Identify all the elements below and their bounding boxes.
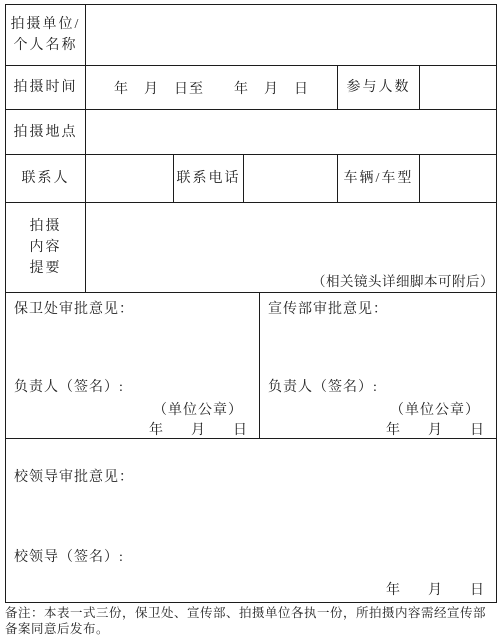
vehicle-value-cell	[420, 155, 496, 202]
filming-time-label: 拍摄时间	[6, 66, 86, 109]
filming-application-form-page: 拍摄单位/ 个人名称 拍摄时间 年 月 日至 年 月 日 参与人数 拍摄地点 联…	[0, 0, 504, 641]
row-contact: 联系人 联系电话 车辆/车型	[6, 155, 496, 203]
leader-approval-title: 校领导审批意见：	[14, 466, 134, 486]
publicity-seal-label: （单位公章）	[390, 399, 480, 419]
security-approval-title: 保卫处审批意见：	[14, 298, 134, 318]
participants-label: 参与人数	[338, 66, 420, 109]
content-summary-label-line2: 内容	[30, 237, 62, 258]
row-content-summary: 拍摄 内容 提要 （相关镜头详细脚本可附后）	[6, 203, 496, 293]
row-filming-location: 拍摄地点	[6, 110, 496, 155]
contact-phone-value-cell	[244, 155, 338, 202]
row-filming-time: 拍摄时间 年 月 日至 年 月 日 参与人数	[6, 66, 496, 110]
publicity-sign-label: 负责人（签名）:	[268, 376, 378, 396]
security-approval-cell: 保卫处审批意见： 负责人（签名）: （单位公章） 年 月 日	[6, 293, 260, 438]
content-summary-label-line3: 提要	[30, 258, 62, 279]
unit-name-label-line1: 拍摄单位/	[11, 14, 81, 35]
row-leader-approval: 校领导审批意见： 校领导（签名）: 年 月 日	[6, 439, 496, 602]
row-department-approvals: 保卫处审批意见： 负责人（签名）: （单位公章） 年 月 日 宣传部审批意见： …	[6, 293, 496, 439]
leader-date-label: 年 月 日	[386, 579, 484, 599]
leader-approval-cell: 校领导审批意见： 校领导（签名）: 年 月 日	[6, 439, 496, 602]
script-attachment-note: （相关镜头详细脚本可附后）	[312, 270, 494, 290]
row-unit-name: 拍摄单位/ 个人名称	[6, 5, 496, 66]
publicity-date-label: 年 月 日	[386, 419, 484, 439]
filming-location-value-cell	[86, 110, 496, 154]
leader-sign-label: 校领导（签名）:	[14, 546, 124, 566]
unit-name-label: 拍摄单位/ 个人名称	[6, 5, 86, 65]
content-summary-label: 拍摄 内容 提要	[6, 203, 86, 292]
form-footnote: 备注：本表一式三份，保卫处、宣传部、拍摄单位各执一份，所拍摄内容需经宣传部备案同…	[5, 605, 497, 637]
unit-name-value-cell	[86, 5, 496, 65]
publicity-approval-cell: 宣传部审批意见： 负责人（签名）: （单位公章） 年 月 日	[260, 293, 496, 438]
security-date-label: 年 月 日	[149, 419, 247, 439]
security-seal-label: （单位公章）	[153, 399, 243, 419]
unit-name-label-line2: 个人名称	[11, 35, 81, 56]
content-summary-label-line1: 拍摄	[30, 216, 62, 237]
security-sign-label: 负责人（签名）:	[14, 376, 124, 396]
contact-person-label: 联系人	[6, 155, 86, 202]
content-summary-value-cell: （相关镜头详细脚本可附后）	[86, 203, 496, 292]
contact-person-value-cell	[86, 155, 174, 202]
filming-time-dates: 年 月 日至 年 月 日	[86, 66, 338, 109]
publicity-approval-title: 宣传部审批意见：	[268, 298, 388, 318]
participants-value-cell	[420, 66, 496, 109]
contact-phone-label: 联系电话	[174, 155, 244, 202]
vehicle-label: 车辆/车型	[338, 155, 420, 202]
filming-location-label: 拍摄地点	[6, 110, 86, 154]
filming-application-form-table: 拍摄单位/ 个人名称 拍摄时间 年 月 日至 年 月 日 参与人数 拍摄地点 联…	[5, 4, 497, 603]
